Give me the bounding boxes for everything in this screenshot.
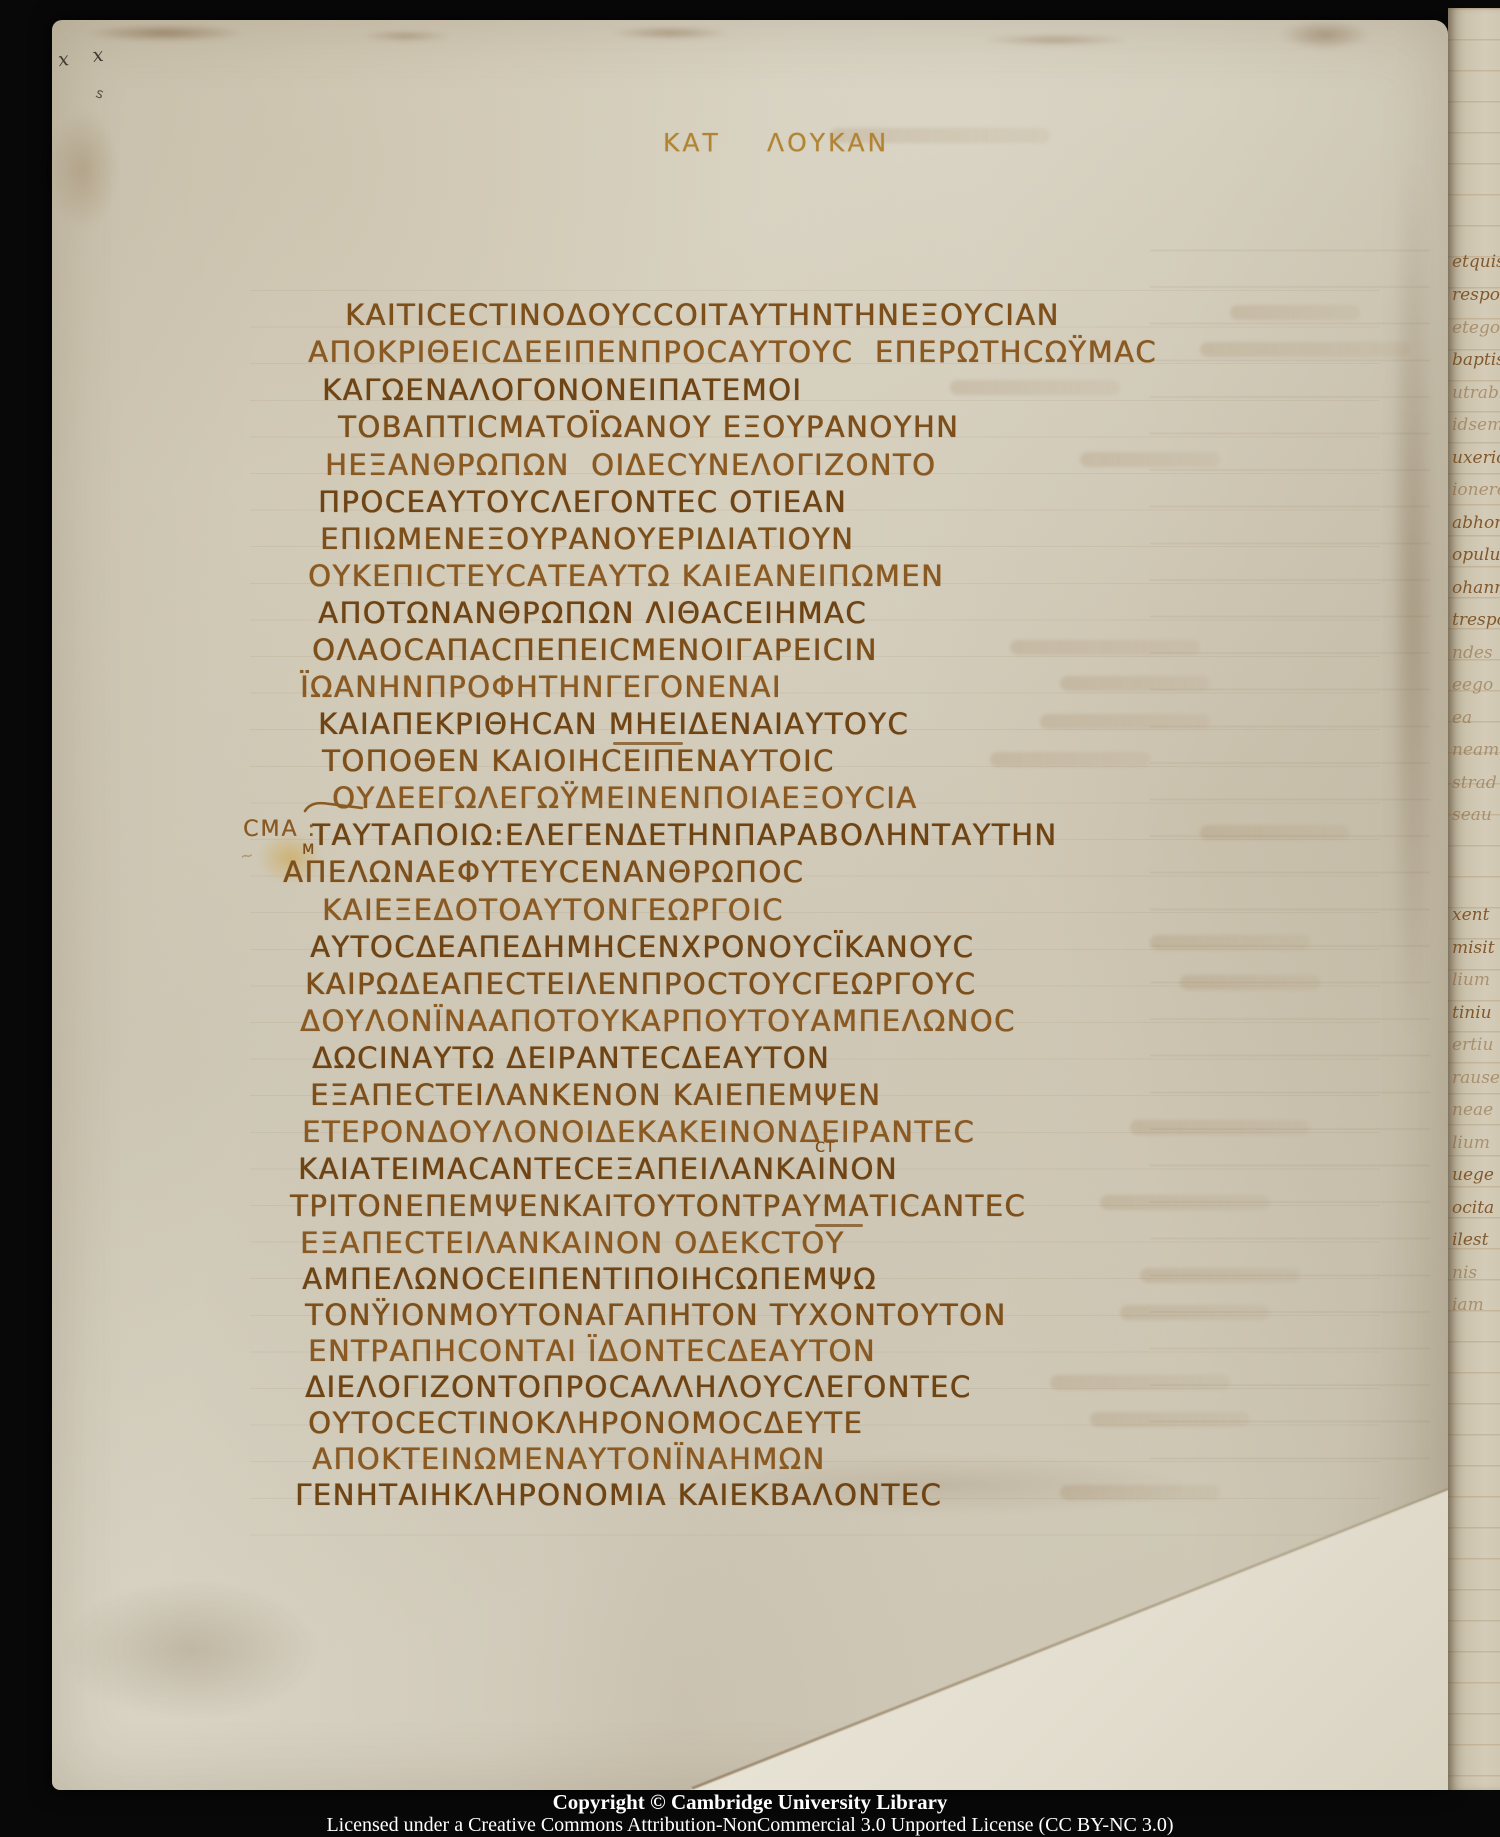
latin-snippet-21: lium: [1452, 970, 1490, 990]
latin-snippet-14: eego: [1452, 675, 1493, 695]
latin-snippet-30: nis: [1452, 1263, 1477, 1283]
copyright-line: Copyright © Cambridge University Library: [0, 1791, 1500, 1814]
latin-snippet-26: lium: [1452, 1133, 1490, 1153]
latin-snippet-11: ohann: [1452, 578, 1500, 598]
license-line: Licensed under a Creative Commons Attrib…: [0, 1814, 1500, 1836]
latin-snippet-9: abhom: [1452, 513, 1500, 533]
running-title-word-1: ΚΑΤ: [663, 128, 721, 157]
bleedthrough-smudge: [1060, 676, 1210, 691]
bleedthrough-smudge: [950, 380, 1120, 395]
latin-snippet-20: misit: [1452, 938, 1495, 958]
latin-snippet-17: strad: [1452, 773, 1497, 793]
latin-snippet-27: uege: [1452, 1165, 1494, 1185]
greek-line-2: ΑΠΟΚΡΙΘΕΙCΔΕΕΙΠΕΝΠΡΟCΑΥΤΟΥC ΕΠΕΡΩΤΗCΩΫΜΑ…: [308, 337, 1157, 367]
paragraphos-mark: [300, 798, 366, 814]
stain: [360, 30, 450, 42]
ruling-lines-foredge: [1150, 250, 1430, 1490]
greek-line-22: ΕΞΑΠΕCΤΕΙΛΑΝΚΕΝΟΝ ΚΑΙΕΠΕΜΨΕΝ: [310, 1080, 881, 1110]
bleedthrough-smudge: [1100, 1195, 1270, 1210]
greek-line-25: ΤΡΙΤΟΝΕΠΕΜΨΕΝΚΑΙΤΟΥΤΟΝΤΡΑΥΜΑΤΙCΑΝΤΕC: [290, 1191, 1026, 1221]
bleedthrough-smudge: [1200, 342, 1410, 357]
superscript-correction-1: Μ: [302, 842, 315, 858]
section-number: CΜΑ :: [243, 817, 317, 842]
bleedthrough-smudge: [1140, 1268, 1300, 1283]
latin-snippet-6: idsemi: [1452, 415, 1500, 435]
greek-line-30: ΔΙΕΛΟΓΙΖΟΝΤΟΠΡΟCΑΛΛΗΛΟΥCΛΕΓΟΝΤΕC: [305, 1372, 971, 1402]
greek-line-27: ΑΜΠΕΛΩΝΟCΕΙΠΕΝΤΙΠΟΙΗCΩΠΕΜΨΩ: [302, 1264, 877, 1294]
bleedthrough-smudge: [1150, 935, 1310, 950]
caption: Copyright © Cambridge University Library…: [0, 1791, 1500, 1836]
greek-line-24: ΚΑΙΑΤΕΙΜΑCΑΝΤΕCΕΞΑΠΕΙΛΑΝΚΑΙΝΟΝ: [298, 1154, 898, 1184]
latin-snippet-7: uxerio: [1452, 448, 1500, 468]
margin-squiggle: ∼: [239, 845, 255, 866]
greek-line-23: ΕΤΕΡΟΝΔΟΥΛΟΝΟΙΔΕΚΑΚΕΙΝΟΝΔΕΙΡΑΝΤΕC: [302, 1117, 975, 1147]
greek-line-7: ΕΠΙΩΜΕΝΕΞΟΥΡΑΝΟΥΕΡΙΔΙΑΤΙΟΥΝ: [320, 524, 854, 554]
stain: [60, 1580, 320, 1720]
latin-snippet-10: opulu: [1452, 545, 1500, 565]
greek-line-10: ΟΛΑΟCΑΠΑCΠΕΠΕΙCΜΕΝΟΙΓΑΡΕΙCΙΝ: [312, 635, 878, 665]
latin-snippet-4: baptis: [1452, 350, 1500, 370]
running-title-word-2: ΛΟΥΚΑΝ: [767, 128, 889, 157]
latin-snippet-8: ionere: [1452, 480, 1500, 500]
greek-line-19: ΚΑΙΡΩΔΕΑΠΕCΤΕΙΛΕΝΠΡΟCΤΟΥCΓΕΩΡΓΟΥC: [305, 969, 976, 999]
latin-snippet-3: etego: [1452, 318, 1500, 338]
latin-snippet-25: neae: [1452, 1100, 1493, 1120]
bleedthrough-smudge: [1090, 1412, 1250, 1427]
running-title: ΚΑΤ ΛΟΥΚΑΝ: [0, 128, 1500, 162]
greek-line-5: ΗΕΞΑΝΘΡΩΠΩΝ ΟΙΔΕCΥΝΕΛΟΓΙΖΟΝΤΟ: [325, 450, 936, 480]
facing-folio-edge: etquisrespondetegobaptisutrabhidsemiuxer…: [1448, 8, 1500, 1790]
stain: [1390, 150, 1436, 1050]
greek-line-1: ΚΑΙΤΙCΕCΤΙΝΟΔΟΥCCΟΙΤΑΥΤΗΝΤΗΝΕΞΟΥCΙΑΝ: [345, 300, 1060, 330]
nomen-sacrum-overline-1: [613, 742, 683, 745]
latin-snippet-24: rause: [1452, 1068, 1500, 1088]
greek-line-29: ΕΝΤΡΑΠΗCΟΝΤΑΙ ΪΔΟΝΤΕCΔΕΑΥΤΟΝ: [308, 1336, 876, 1366]
bleedthrough-smudge: [1130, 1120, 1310, 1135]
bleedthrough-smudge: [1180, 975, 1320, 990]
latin-snippet-16: neam: [1452, 740, 1499, 760]
greek-line-21: ΔΩCΙΝΑΥΤΩ ΔΕΙΡΑΝΤΕCΔΕΑΥΤΟΝ: [312, 1043, 830, 1073]
greek-line-13: ΤΟΠΟΘΕΝ ΚΑΙΟΙΗCΕΙΠΕΝΑΥΤΟΙC: [322, 746, 835, 776]
latin-snippet-28: ocita: [1452, 1198, 1494, 1218]
greek-line-11: ΪΩΑΝΗΝΠΡΟΦΗΤΗΝΓΕΓΟΝΕΝΑΙ: [300, 672, 782, 702]
bleedthrough-smudge: [1010, 640, 1200, 655]
greek-line-15: ΤΑΥΤΑΠΟΙΩ:ΕΛΕΓΕΝΔΕΤΗΝΠΑΡΑΒΟΛΗΝΤΑΥΤΗΝ: [312, 820, 1057, 850]
greek-line-14: ΟΥΔΕΕΓΩΛΕΓΩΫΜΕΙΝΕΝΠΟΙΑΕΞΟΥCΙΑ: [332, 783, 918, 813]
nomen-sacrum-overline-2: [815, 1224, 863, 1227]
superscript-correction-2: CΤ: [815, 1140, 835, 1156]
latin-snippet-29: ilest: [1452, 1230, 1489, 1250]
bleedthrough-smudge: [1200, 825, 1350, 840]
bleedthrough-smudge: [1230, 305, 1360, 320]
latin-snippet-1: etquis: [1452, 252, 1500, 272]
latin-snippet-15: ea: [1452, 708, 1472, 728]
greek-line-20: ΔΟΥΛΟΝΪΝΑΑΠΟΤΟΥΚΑΡΠΟΥΤΟΥΑΜΠΕΛΩΝΟC: [300, 1006, 1016, 1036]
greek-line-3: ΚΑΓΩΕΝΑΛΟΓΟΝΟΝΕΙΠΑΤΕΜΟΙ: [322, 375, 802, 405]
bleedthrough-smudge: [990, 752, 1150, 767]
latin-snippet-13: ndes: [1452, 643, 1493, 663]
greek-line-32: ΑΠΟΚΤΕΙΝΩΜΕΝΑΥΤΟΝΪΝΑΗΜΩΝ: [312, 1444, 826, 1474]
greek-line-33: ΓΕΝΗΤΑΙΗΚΛΗΡΟΝΟΜΙΑ ΚΑΙΕΚΒΑΛΟΝΤΕC: [295, 1480, 942, 1510]
greek-line-28: ΤΟΝΫΙΟΝΜΟΥΤΟΝΑΓΑΠΗΤΟΝ ΤΥΧΟΝΤΟΥΤΟΝ: [305, 1300, 1007, 1330]
greek-line-16: ΑΠΕΛΩΝΑΕΦΥΤΕΥCΕΝΑΝΘΡΩΠΟC: [283, 857, 804, 887]
greek-line-26: ΕΞΑΠΕCΤΕΙΛΑΝΚΑΙΝΟΝ ΟΔΕΚCΤΟΥ: [300, 1228, 845, 1258]
latin-snippet-5: utrabh: [1452, 383, 1500, 403]
greek-line-12: ΚΑΙΑΠΕΚΡΙΘΗCΑΝ ΜΗΕΙΔΕΝΑΙΑΥΤΟΥC: [318, 709, 909, 739]
stain: [610, 26, 730, 40]
bleedthrough-smudge: [1040, 714, 1210, 729]
greek-line-17: ΚΑΙΕΞΕΔΟΤΟΑΥΤΟΝΓΕΩΡΓΟΙC: [322, 895, 784, 925]
photo: x x s ΚΑΤ ΛΟΥΚΑΝ ΚΑΙΤΙCΕCΤΙΝΟΔΟΥCCΟΙΤΑΥΤ…: [0, 0, 1500, 1837]
greek-line-9: ΑΠΟΤΩΝΑΝΘΡΩΠΩΝ ΛΙΘΑCΕΙΗΜΑC: [318, 598, 867, 628]
greek-line-31: ΟΥΤΟCΕCΤΙΝΟΚΛΗΡΟΝΟΜΟCΔΕΥΤΕ: [308, 1408, 863, 1438]
bleedthrough-smudge: [1060, 1485, 1220, 1500]
stain: [1280, 20, 1370, 50]
greek-line-18: ΑΥΤΟCΔΕΑΠΕΔΗΜΗCΕΝΧΡΟΝΟΥCΪΚΑΝΟΥC: [310, 932, 974, 962]
latin-snippet-2: respond: [1452, 285, 1500, 305]
latin-snippet-22: tiniu: [1452, 1003, 1492, 1023]
stain: [85, 24, 245, 42]
latin-snippet-18: seau: [1452, 805, 1492, 825]
latin-snippet-23: ertiu: [1452, 1035, 1493, 1055]
bleedthrough-smudge: [1080, 452, 1220, 467]
latin-snippet-12: trespo: [1452, 610, 1500, 630]
greek-line-8: ΟΥΚΕΠΙCΤΕΥCΑΤΕΑΥΤΩ ΚΑΙΕΑΝΕΙΠΩΜΕΝ: [308, 561, 944, 591]
latin-snippet-19: xent: [1452, 905, 1489, 925]
latin-snippet-31: iam: [1452, 1295, 1484, 1315]
greek-line-4: ΤΟΒΑΠΤΙCΜΑΤΟΪΩΑΝΟΥ ΕΞΟΥΡΑΝΟΥΗΝ: [338, 412, 959, 442]
stain: [980, 34, 1130, 46]
greek-line-6: ΠΡΟCΕΑΥΤΟΥCΛΕΓΟΝΤΕC ΟΤΙΕΑΝ: [318, 487, 847, 517]
bleedthrough-smudge: [1050, 1375, 1230, 1390]
bleedthrough-smudge: [1120, 1305, 1270, 1320]
